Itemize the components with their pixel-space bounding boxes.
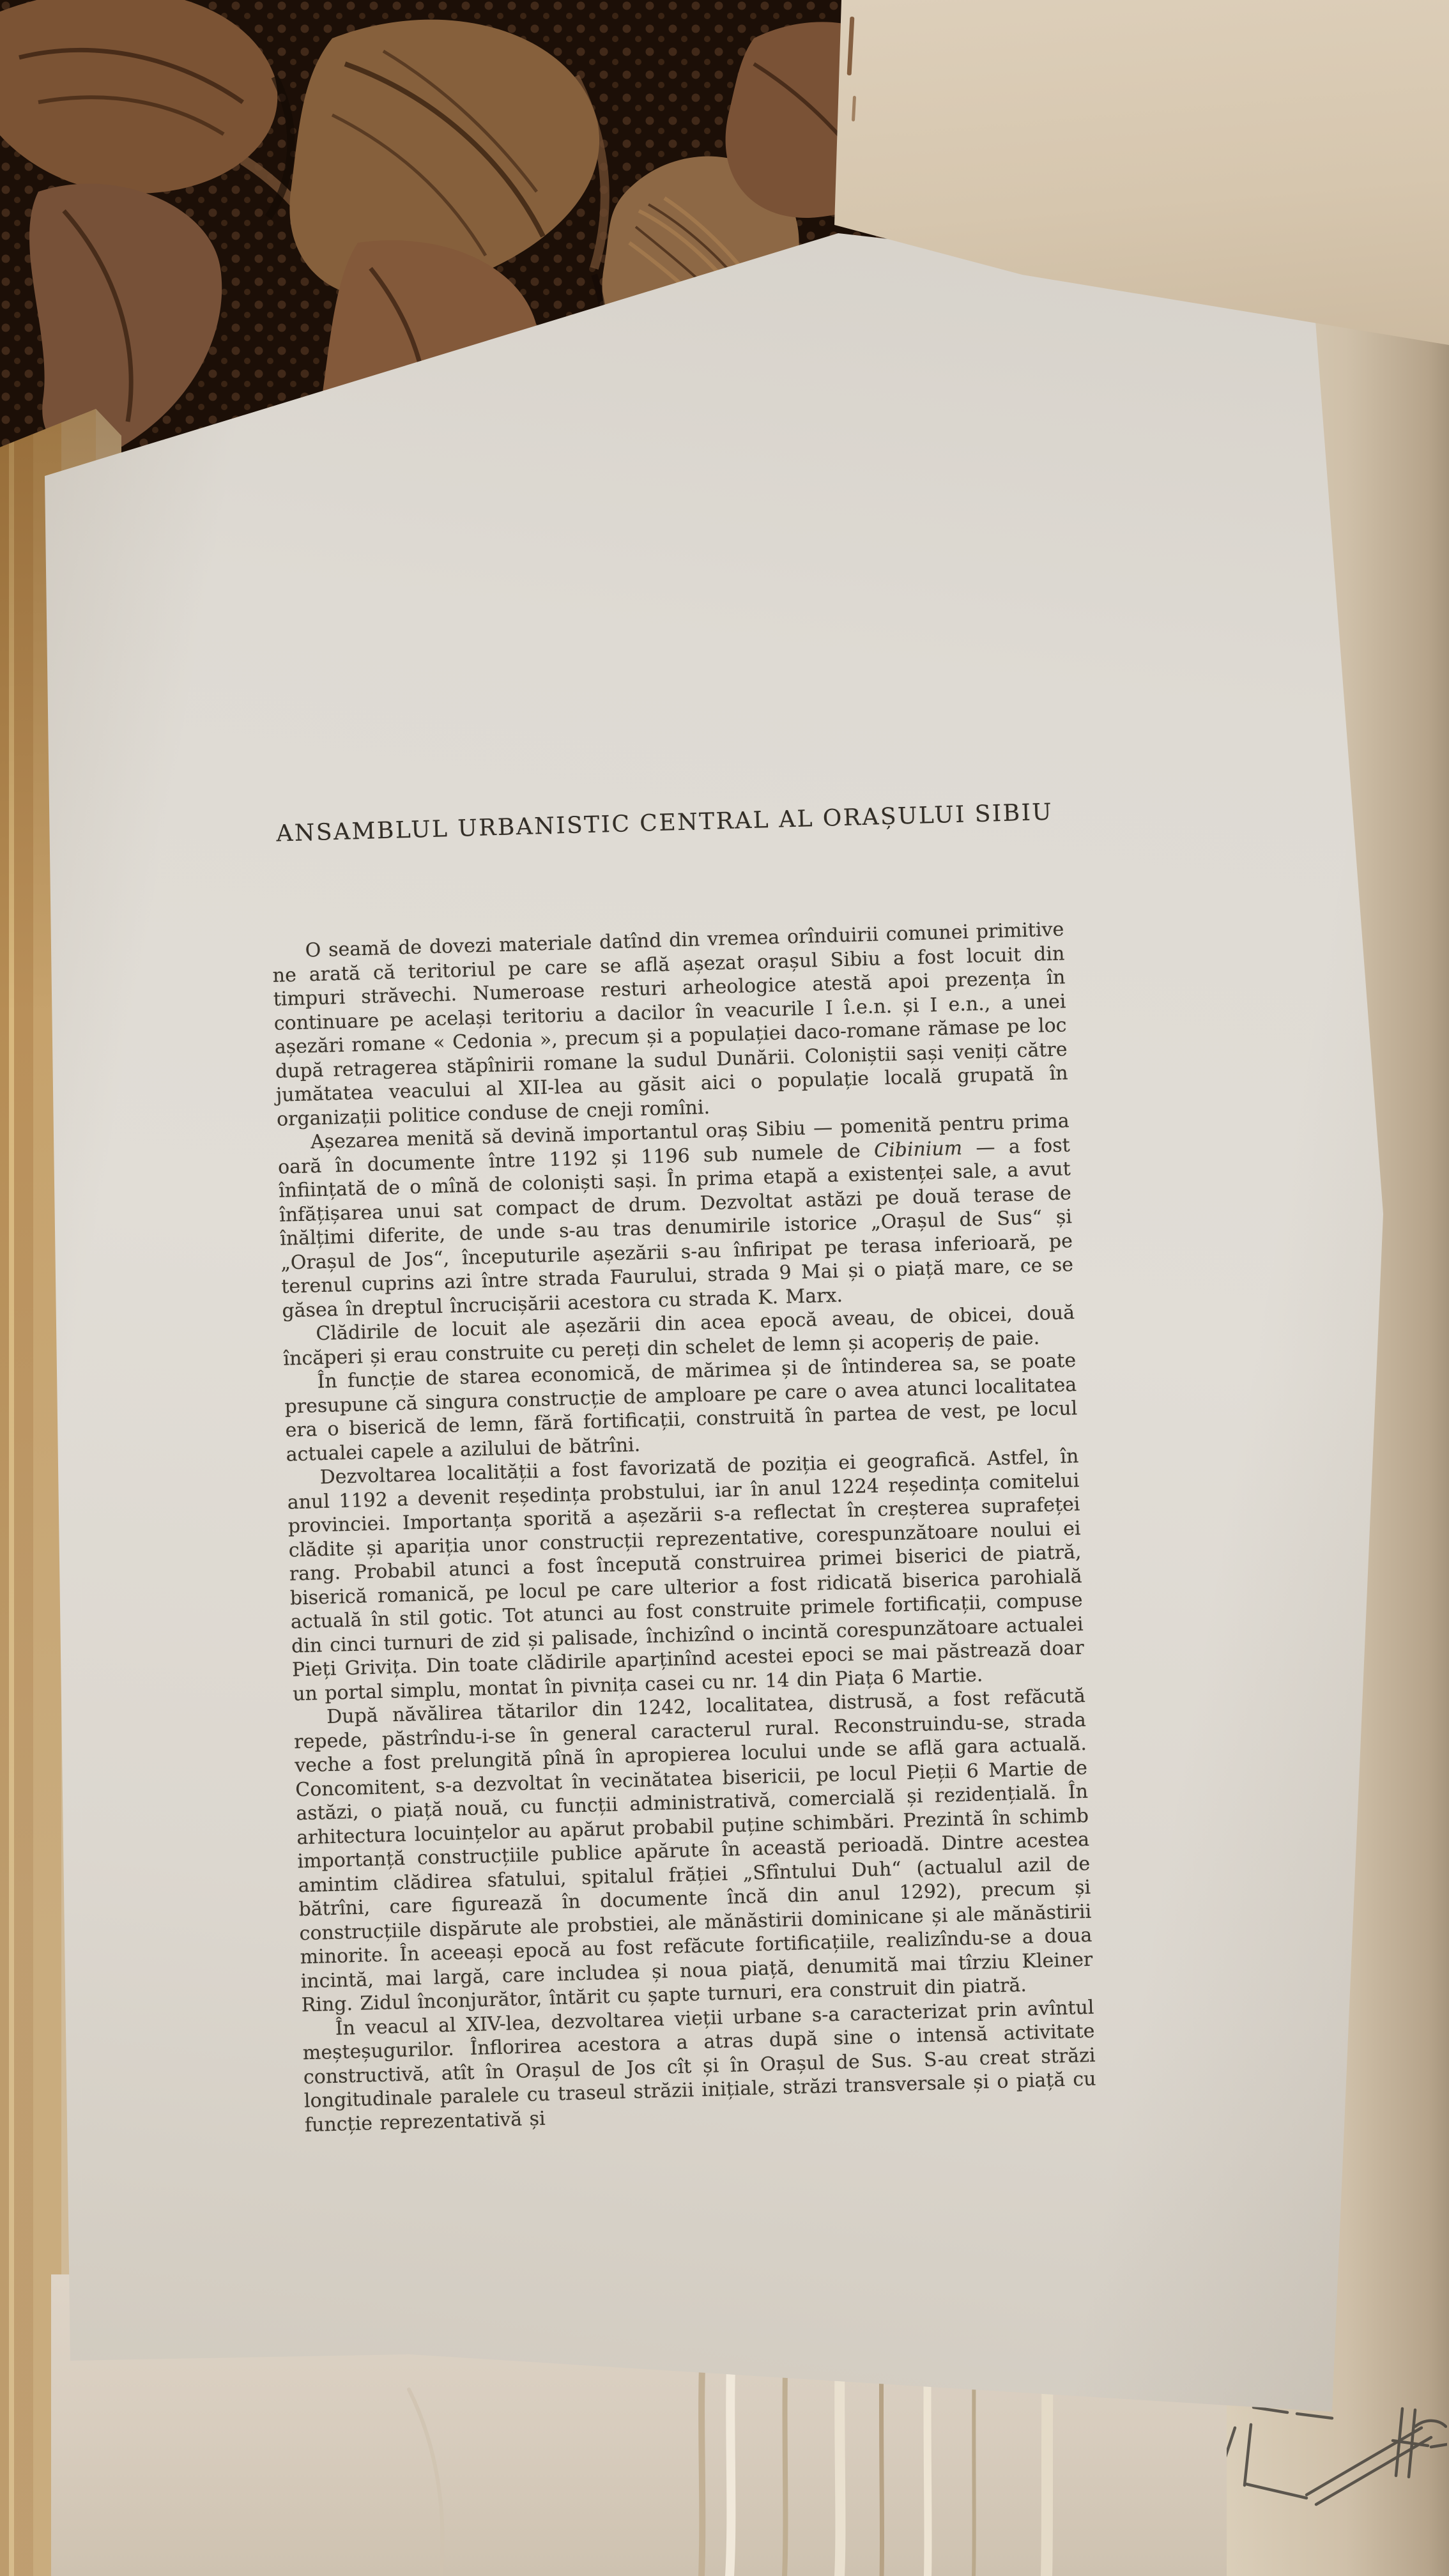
page-stain-streak [847, 17, 855, 75]
text-block: ANSAMBLUL URBANISTIC CENTRAL AL ORAȘULUI… [268, 799, 1097, 2137]
body-paragraph: În veacul al XIV-lea, dezvoltarea vieții… [302, 1995, 1097, 2137]
page-stain-streak-small [852, 96, 856, 121]
body-paragraph: Așezarea menită să devină importantul or… [277, 1109, 1075, 1323]
main-page: ANSAMBLUL URBANISTIC CENTRAL AL ORAȘULUI… [26, 211, 1418, 2447]
pencil-sketch-marks [1204, 2396, 1447, 2524]
body-paragraph: După năvălirea tătarilor din 1242, local… [293, 1684, 1094, 2018]
italic-term: Cibinium [874, 1137, 963, 1161]
book-photo-scene: ANSAMBLUL URBANISTIC CENTRAL AL ORAȘULUI… [0, 0, 1449, 2576]
page-title: ANSAMBLUL URBANISTIC CENTRAL AL ORAȘULUI… [268, 799, 1061, 847]
body-paragraph: O seamă de dovezi materiale datînd din v… [272, 917, 1069, 1131]
body-paragraph: Dezvoltarea localității a fost favorizat… [286, 1445, 1085, 1706]
